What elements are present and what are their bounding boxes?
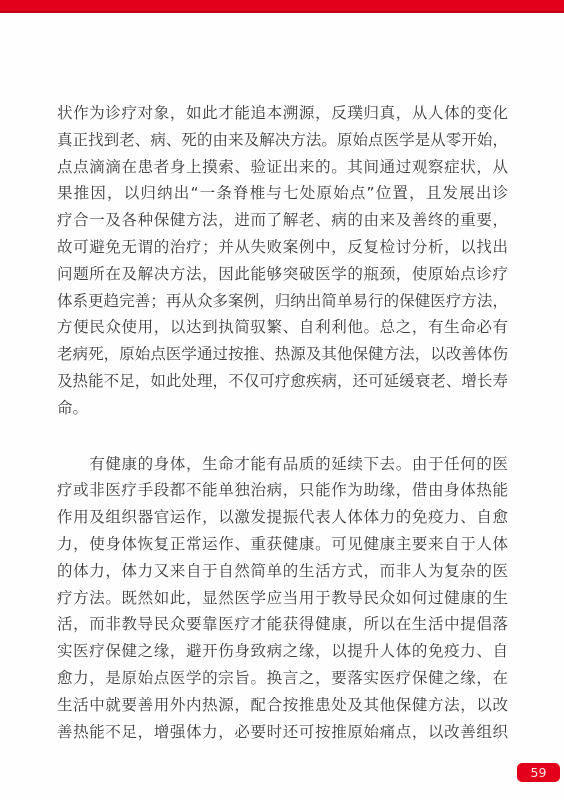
- text-line: 生活中就要善用外内热源，配合按推患处及其他保健方法，以改: [57, 692, 508, 719]
- text-line: 果推因，以归纳出“一条脊椎与七处原始点”位置，且发展出诊: [57, 180, 508, 207]
- text-line: 状作为诊疗对象，如此才能追本溯源，反璞归真，从人体的变化: [57, 100, 508, 127]
- text-line: 的体力，体力又来自于自然简单的生活方式，而非人为复杂的医: [57, 558, 508, 585]
- text-line: 命。: [57, 395, 508, 422]
- text-line: 有健康的身体，生命才能有品质的延续下去。由于任何的医: [57, 451, 508, 478]
- text-line: 问题所在及解决方法，因此能够突破医学的瓶颈，使原始点诊疗: [57, 261, 508, 288]
- top-red-bar: [0, 0, 564, 13]
- text-line: 疗或非医疗手段都不能单独治病，只能作为助缘，借由身体热能: [57, 477, 508, 504]
- text-line: 方便民众使用，以达到执简驭繁、自利利他。总之，有生命必有: [57, 314, 508, 341]
- text-line: 疗方法。既然如此，显然医学应当用于教导民众如何过健康的生: [57, 585, 508, 612]
- text-line: 故可避免无谓的治疗；并从失败案例中，反复检讨分析，以找出: [57, 234, 508, 261]
- text-line: 老病死，原始点医学通过按推、热源及其他保健方法，以改善体伤: [57, 341, 508, 368]
- text-line: 及热能不足，如此处理，不仅可疗愈疾病，还可延缓衰老、增长寿: [57, 368, 508, 395]
- text-line: 作用及组织器官运作，以激发提振代表人体体力的免疫力、自愈: [57, 504, 508, 531]
- page-number-badge: 59: [517, 763, 560, 782]
- text-line: 愈力，是原始点医学的宗旨。换言之，要落实医疗保健之缘，在: [57, 665, 508, 692]
- paragraph-1: 状作为诊疗对象，如此才能追本溯源，反璞归真，从人体的变化真正找到老、病、死的由来…: [57, 100, 508, 422]
- text-line: 疗合一及各种保健方法，进而了解老、病的由来及善终的重要，: [57, 207, 508, 234]
- text-line: 活，而非教导民众要靠医疗才能获得健康，所以在生活中提倡落: [57, 611, 508, 638]
- text-line: 点点滴滴在患者身上摸索、验证出来的。其间通过观察症状，从: [57, 154, 508, 181]
- text-line: 真正找到老、病、死的由来及解决方法。原始点医学是从零开始，: [57, 127, 508, 154]
- text-line: 善热能不足，增强体力，必要时还可按推原始痛点，以改善组织: [57, 719, 508, 746]
- text-line: 力，使身体恢复正常运作、重获健康。可见健康主要来自于人体: [57, 531, 508, 558]
- text-line: 体系更趋完善；再从众多案例，归纳出简单易行的保健医疗方法，: [57, 288, 508, 315]
- paragraph-2: 有健康的身体，生命才能有品质的延续下去。由于任何的医疗或非医疗手段都不能单独治病…: [57, 451, 508, 746]
- book-page: 状作为诊疗对象，如此才能追本溯源，反璞归真，从人体的变化真正找到老、病、死的由来…: [0, 0, 564, 800]
- text-line: 实医疗保健之缘，避开伤身致病之缘，以提升人体的免疫力、自: [57, 638, 508, 665]
- page-content: 状作为诊疗对象，如此才能追本溯源，反璞归真，从人体的变化真正找到老、病、死的由来…: [57, 100, 508, 745]
